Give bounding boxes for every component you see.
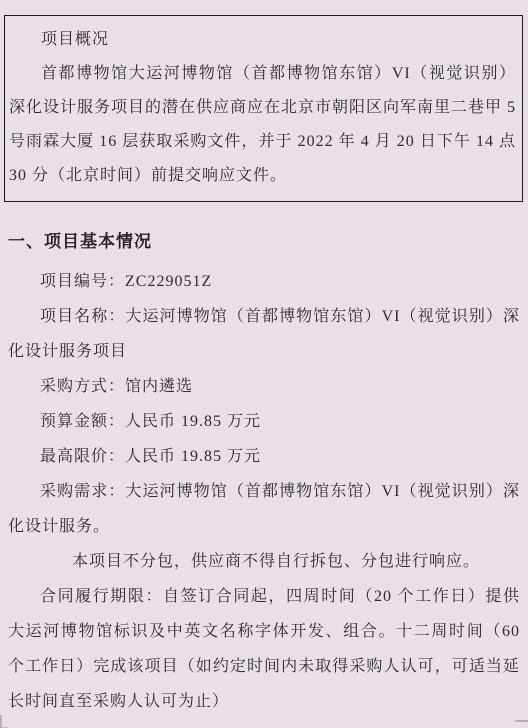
section-heading-basic-info: 一、项目基本情况	[8, 231, 520, 253]
overview-box-title: 项目概况	[9, 23, 516, 57]
field-budget-amount: 预算金额：人民币 19.85 万元	[8, 404, 520, 439]
field-project-name: 项目名称：大运河博物馆（首都博物馆东馆）VI（视觉识别）深化设计服务项目	[8, 299, 520, 369]
field-procurement-method: 采购方式：馆内遴选	[8, 369, 520, 404]
table-corner-mark-right	[515, 720, 528, 725]
field-procurement-requirement: 采购需求：大运河博物馆（首都博物馆东馆）VI（视觉识别）深化设计服务。	[8, 474, 520, 544]
project-overview-box: 项目概况 首都博物馆大运河博物馆（首都博物馆东馆）VI（视觉识别）深化设计服务项…	[4, 15, 523, 202]
field-max-price-limit: 最高限价：人民币 19.85 万元	[8, 439, 520, 474]
table-corner-mark-left	[0, 715, 9, 728]
note-no-subcontract: 本项目不分包，供应商不得自行拆包、分包进行响应。	[8, 544, 520, 579]
procurement-notice-document: 项目概况 首都博物馆大运河博物馆（首都博物馆东馆）VI（视觉识别）深化设计服务项…	[0, 0, 528, 728]
overview-box-body: 首都博物馆大运河博物馆（首都博物馆东馆）VI（视觉识别）深化设计服务项目的潜在供…	[9, 57, 516, 193]
field-contract-performance-period: 合同履行期限：自签订合同起，四周时间（20 个工作日）提供大运河博物馆标识及中英…	[8, 579, 520, 719]
field-project-number: 项目编号：ZC229051Z	[8, 264, 520, 299]
